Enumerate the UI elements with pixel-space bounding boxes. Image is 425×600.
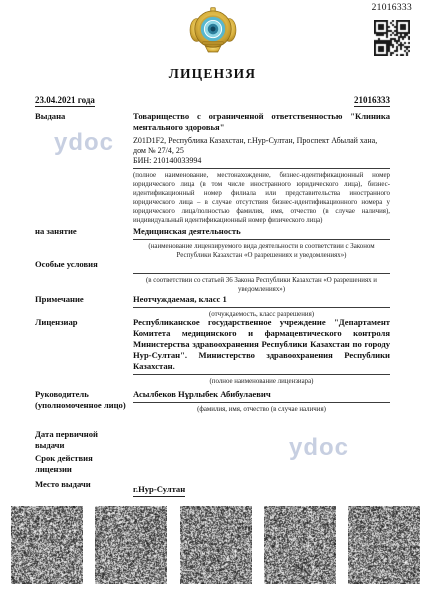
remark-value: Неотчуждаемая, класс 1: [133, 294, 390, 305]
data-matrix-barcode: [11, 506, 83, 584]
field-label: Особые условия: [35, 259, 133, 294]
field-label: Срок действия лицензии: [35, 453, 133, 475]
field-underline: [133, 374, 390, 375]
field-row-licensor: Лицензиар Республиканское государственно…: [35, 317, 390, 386]
license-number: 21016333: [354, 95, 390, 107]
field-row-first-issue-date: Дата первичной выдачи: [35, 429, 390, 451]
field-underline: [133, 402, 390, 403]
field-row-validity: Срок действия лицензии: [35, 453, 390, 475]
licensee-address: Z01D1F2, Республика Казахстан, г.Нур-Сул…: [133, 136, 390, 156]
field-note: (полное наименование лицензиара): [133, 377, 390, 386]
date-number-row: 23.04.2021 года 21016333: [35, 95, 390, 107]
field-row-special-conditions: Особые условия (в соответствии со статье…: [35, 259, 390, 294]
field-underline: [133, 307, 390, 308]
field-note: (наименование лицензируемого вида деятел…: [133, 242, 390, 260]
field-note: (фамилия, имя, отчество (в случае наличи…: [133, 405, 390, 414]
activity-value: Медицинская деятельность: [133, 226, 390, 237]
field-label: Примечание: [35, 294, 133, 319]
field-label: Выдана: [35, 111, 133, 225]
field-row-remark: Примечание Неотчуждаемая, класс 1 (отчуж…: [35, 294, 390, 319]
field-note: (в соответствии со статьей 36 Закона Рес…: [133, 276, 390, 294]
data-matrix-barcode: [95, 506, 167, 584]
field-row-activity: на занятие Медицинская деятельность (наи…: [35, 226, 390, 260]
data-matrix-barcode: [180, 506, 252, 584]
field-label: Место выдачи: [35, 479, 133, 497]
field-note: (полное наименование, местонахождение, б…: [133, 171, 390, 225]
licensee-name: Товарищество с ограниченной ответственно…: [133, 111, 390, 133]
data-matrix-barcode: [348, 506, 420, 584]
empty-value: [133, 259, 390, 271]
field-row-issue-place: Место выдачи г.Нур-Султан: [35, 479, 390, 497]
field-underline: [133, 168, 390, 169]
field-label: на занятие: [35, 226, 133, 260]
data-matrix-barcode: [264, 506, 336, 584]
licensor-value: Республиканское государственное учрежден…: [133, 317, 390, 372]
field-underline: [133, 239, 390, 240]
field-row-issued: Выдана Товарищество с ограниченной ответ…: [35, 111, 390, 225]
head-name: Асылбеков Нұрлыбек Абибулаевич: [133, 389, 390, 400]
issue-place-value: г.Нур-Султан: [133, 484, 185, 497]
field-row-head: Руководитель (уполномоченное лицо) Асылб…: [35, 389, 390, 414]
field-label: Лицензиар: [35, 317, 133, 386]
license-document: 21016333 ЛИЦЕНЗИЯ ydoc ydoc 23.04.2021 г…: [0, 0, 425, 600]
licensee-bin: БИН: 210140033994: [133, 156, 390, 166]
field-label: Руководитель (уполномоченное лицо): [35, 389, 133, 414]
field-label: Дата первичной выдачи: [35, 429, 133, 451]
barcode-strip: [11, 506, 420, 584]
field-underline: [133, 273, 390, 274]
issue-date: 23.04.2021 года: [35, 95, 95, 107]
